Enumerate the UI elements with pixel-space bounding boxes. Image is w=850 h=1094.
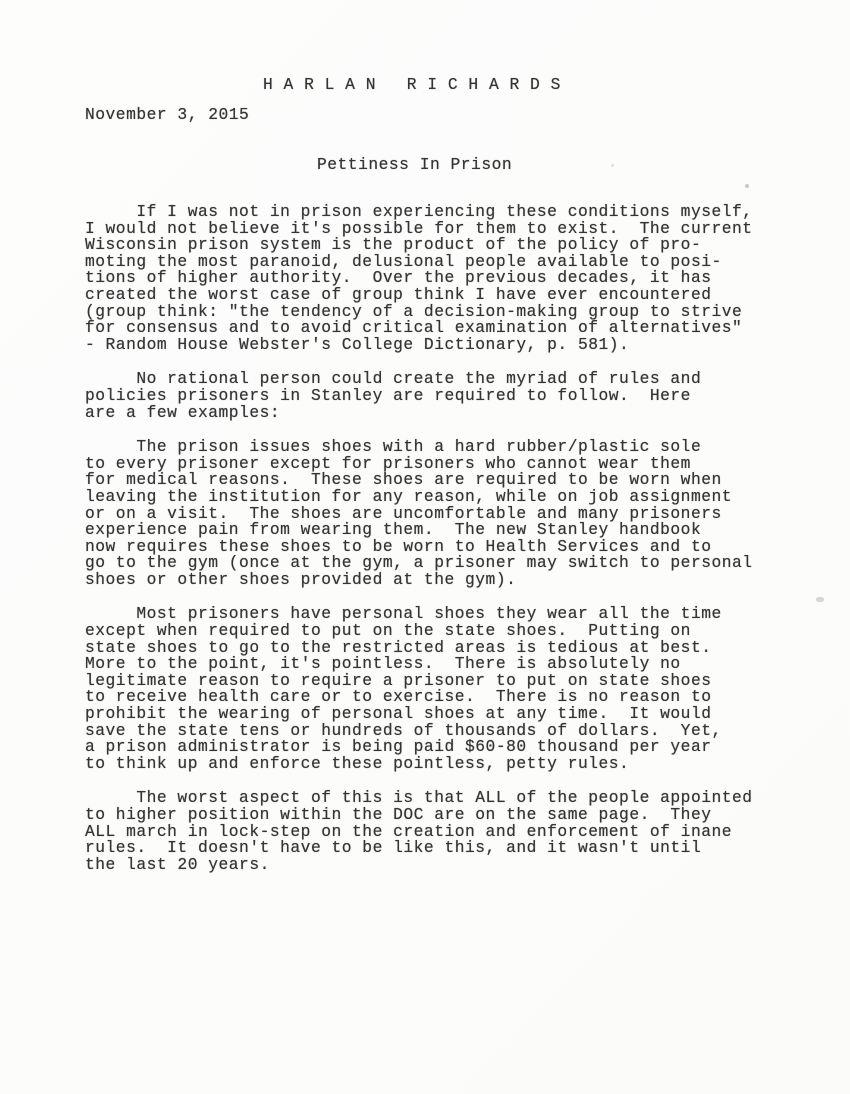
paragraph-1: If I was not in prison experiencing thes… [85,204,830,353]
paragraph-5: The worst aspect of this is that ALL of … [85,790,830,873]
date-line: November 3, 2015 [85,107,249,124]
scan-speck [745,184,749,188]
paragraph-2: No rational person could create the myri… [85,371,830,421]
paragraph-3: The prison issues shoes with a hard rubb… [85,439,830,588]
document-page: H A R L A N R I C H A R D S November 3, … [0,0,850,1094]
document-title: Pettiness In Prison [317,157,512,174]
document-body: If I was not in prison experiencing thes… [85,204,830,891]
author-name: H A R L A N R I C H A R D S [263,77,561,94]
scan-speck [611,164,614,167]
paragraph-4: Most prisoners have personal shoes they … [85,606,830,772]
